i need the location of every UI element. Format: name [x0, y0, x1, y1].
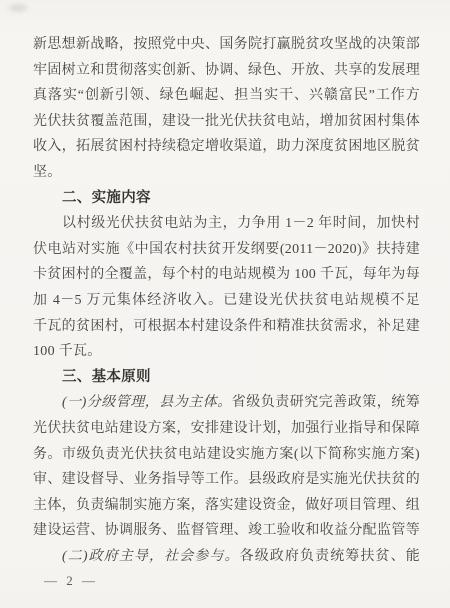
text-line: 收入，拓展贫困村持续稳定增收渠道，助力深度贫困地区脱贫攻 — [33, 134, 420, 160]
text-line: (一)分级管理，县为主体。省级负责研究完善政策，统筹全省 — [33, 390, 420, 416]
text-line: 新思想新战略，按照党中央、国务院打赢脱贫攻坚战的决策部署， — [33, 32, 420, 58]
text-line: 光伏扶贫电站建设方案，安排建设计划，加强行业指导和保障服 — [33, 416, 420, 442]
scan-smudge-mark — [9, 4, 27, 12]
text-line: 审、建设督导、业务指导等工作。县级政府是实施光伏扶贫的责任 — [33, 467, 420, 493]
document-body: 新思想新战略，按照党中央、国务院打赢脱贫攻坚战的决策部署， 牢固树立和贯彻落实创… — [33, 32, 420, 569]
text-line: (二)政府主导，社会参与。各级政府负责统筹扶贫、能源、电 — [33, 544, 420, 570]
section-heading-2: 二、实施内容 — [33, 186, 420, 212]
text-line: 真落实“创新引领、绿色崛起、担当实干、兴赣富民”工作方针，扩大 — [33, 83, 420, 109]
item-lead-emphasis: (二)政府主导，社会参与。 — [62, 549, 240, 564]
document-page: 新思想新战略，按照党中央、国务院打赢脱贫攻坚战的决策部署， 牢固树立和贯彻落实创… — [0, 0, 450, 608]
text-line: 牢固树立和贯彻落实创新、协调、绿色、开放、共享的发展理念，认 — [33, 58, 420, 84]
text-line: 伏电站对实施《中国农村扶贫开发纲要(2011－2020)》扶持建档立 — [33, 237, 420, 263]
text-line: 千瓦的贫困村，可根据本村建设条件和精准扶贫需求，补足建设至 — [33, 314, 420, 340]
text-line: 卡贫困村的全覆盖，每个村的电站规模为 100 千瓦，每年为每村增 — [33, 262, 420, 288]
text-line: 主体，负责编制实施方案，落实建设资金，做好项目管理、组织项目 — [33, 493, 420, 519]
text-line: 坚。 — [33, 160, 420, 186]
text-line: 加 4－5 万元集体经济收入。已建设光伏扶贫电站规模不足 100 — [33, 288, 420, 314]
page-number: — 2 — — [44, 572, 98, 590]
text-line: 光伏扶贫覆盖范围，建设一批光伏扶贫电站，增加贫困村集体经济 — [33, 109, 420, 135]
text-line: 建设运营、协调服务、监督管理、竣工验收和收益分配监管等工作。 — [33, 518, 420, 544]
text-line: 以村级光伏扶贫电站为主，力争用 1－2 年时间，加快村级光 — [33, 211, 420, 237]
section-heading-3: 三、基本原则 — [33, 365, 420, 391]
text-line: 务。市级负责光伏扶贫电站建设实施方案(以下简称实施方案)初 — [33, 442, 420, 468]
item-lead-emphasis: (一)分级管理，县为主体。 — [62, 395, 232, 410]
text-line: 100 千瓦。 — [33, 339, 420, 365]
